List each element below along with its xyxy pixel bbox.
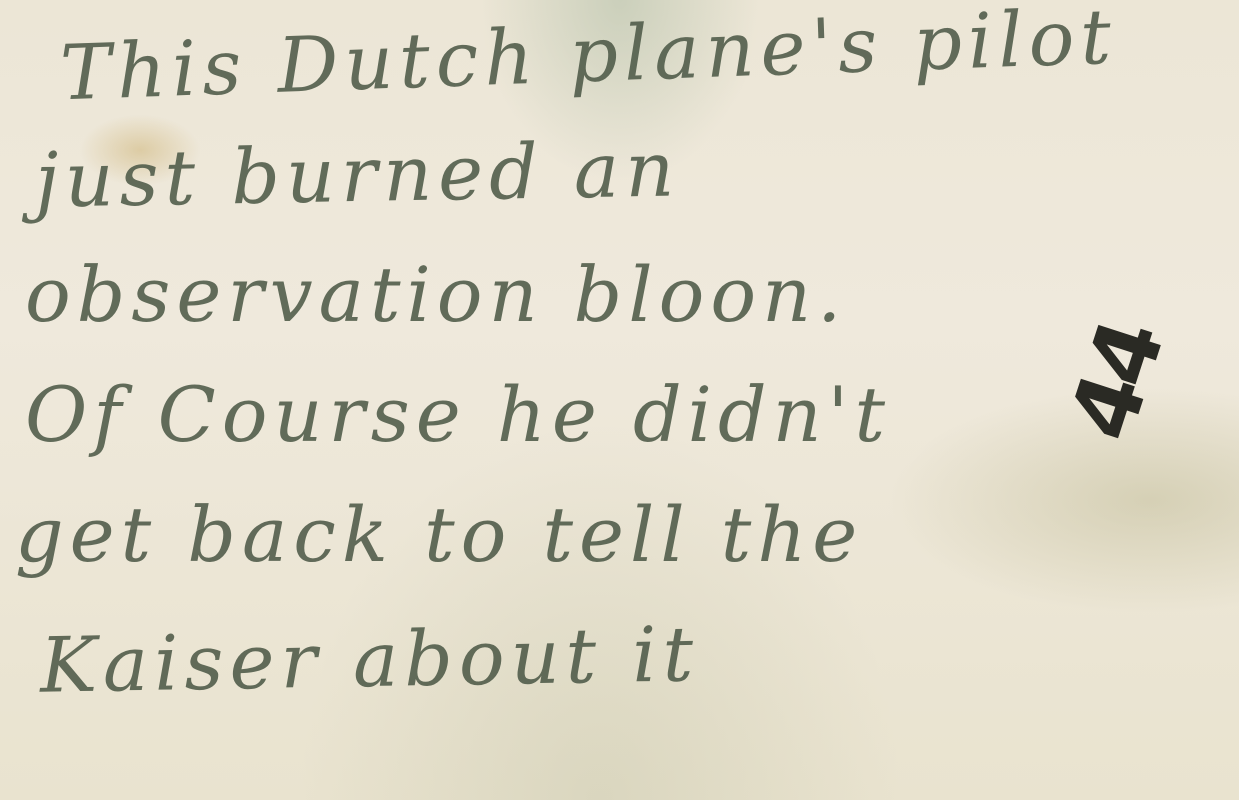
handwritten-line-1: This Dutch plane's pilot	[59, 0, 1118, 117]
handwritten-line-2: just burned an	[34, 124, 681, 224]
handwritten-line-6: Kaiser about it	[39, 609, 700, 709]
handwritten-line-3: observation bloon.	[25, 250, 847, 339]
handwritten-line-5: get back to tell the	[15, 490, 863, 579]
postcard-back: This Dutch plane's pilot just burned an …	[0, 0, 1239, 800]
handwritten-line-4: Of Course he didn't	[25, 370, 891, 459]
margin-number: 44	[1049, 312, 1184, 452]
